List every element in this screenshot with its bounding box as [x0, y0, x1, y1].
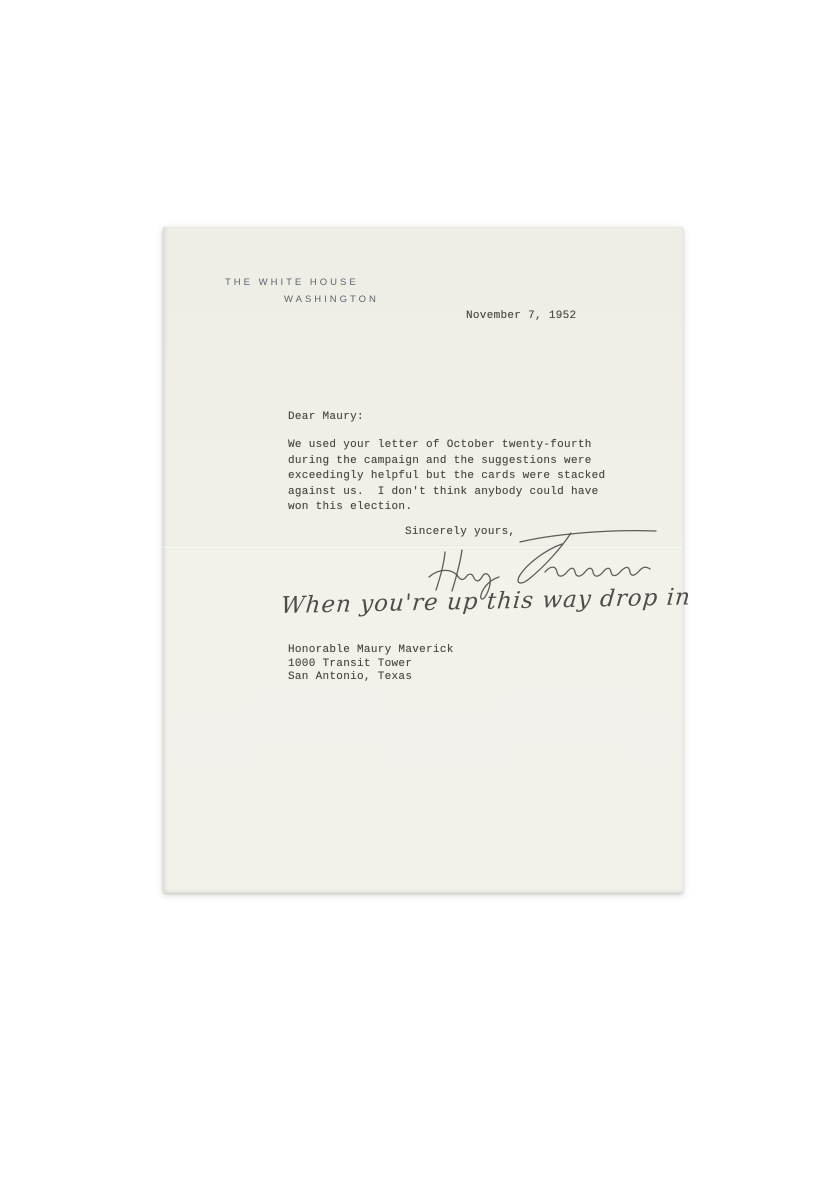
body-line: during the campaign and the suggestions …	[288, 454, 605, 470]
recipient-address: Honorable Maury Maverick 1000 Transit To…	[288, 644, 454, 685]
letter-paper: THE WHITE HOUSE WASHINGTON November 7, 1…	[163, 227, 683, 893]
letterhead-line2: WASHINGTON	[284, 294, 379, 305]
address-line: San Antonio, Texas	[288, 671, 454, 685]
body-line: won this election.	[288, 500, 605, 516]
body-line: exceedingly helpful but the cards were s…	[288, 469, 605, 485]
letter-date: November 7, 1952	[466, 310, 576, 322]
letter-photograph: THE WHITE HOUSE WASHINGTON November 7, 1…	[0, 0, 819, 1197]
body-line: We used your letter of October twenty-fo…	[288, 438, 605, 454]
letterhead-line1: THE WHITE HOUSE	[225, 277, 359, 288]
body-line: against us. I don't think anybody could …	[288, 485, 605, 501]
address-line: Honorable Maury Maverick	[288, 644, 454, 658]
letter-body: We used your letter of October twenty-fo…	[288, 438, 605, 516]
signature-text: Harry Truman	[163, 227, 164, 228]
address-line: 1000 Transit Tower	[288, 658, 454, 672]
salutation: Dear Maury:	[288, 411, 364, 423]
